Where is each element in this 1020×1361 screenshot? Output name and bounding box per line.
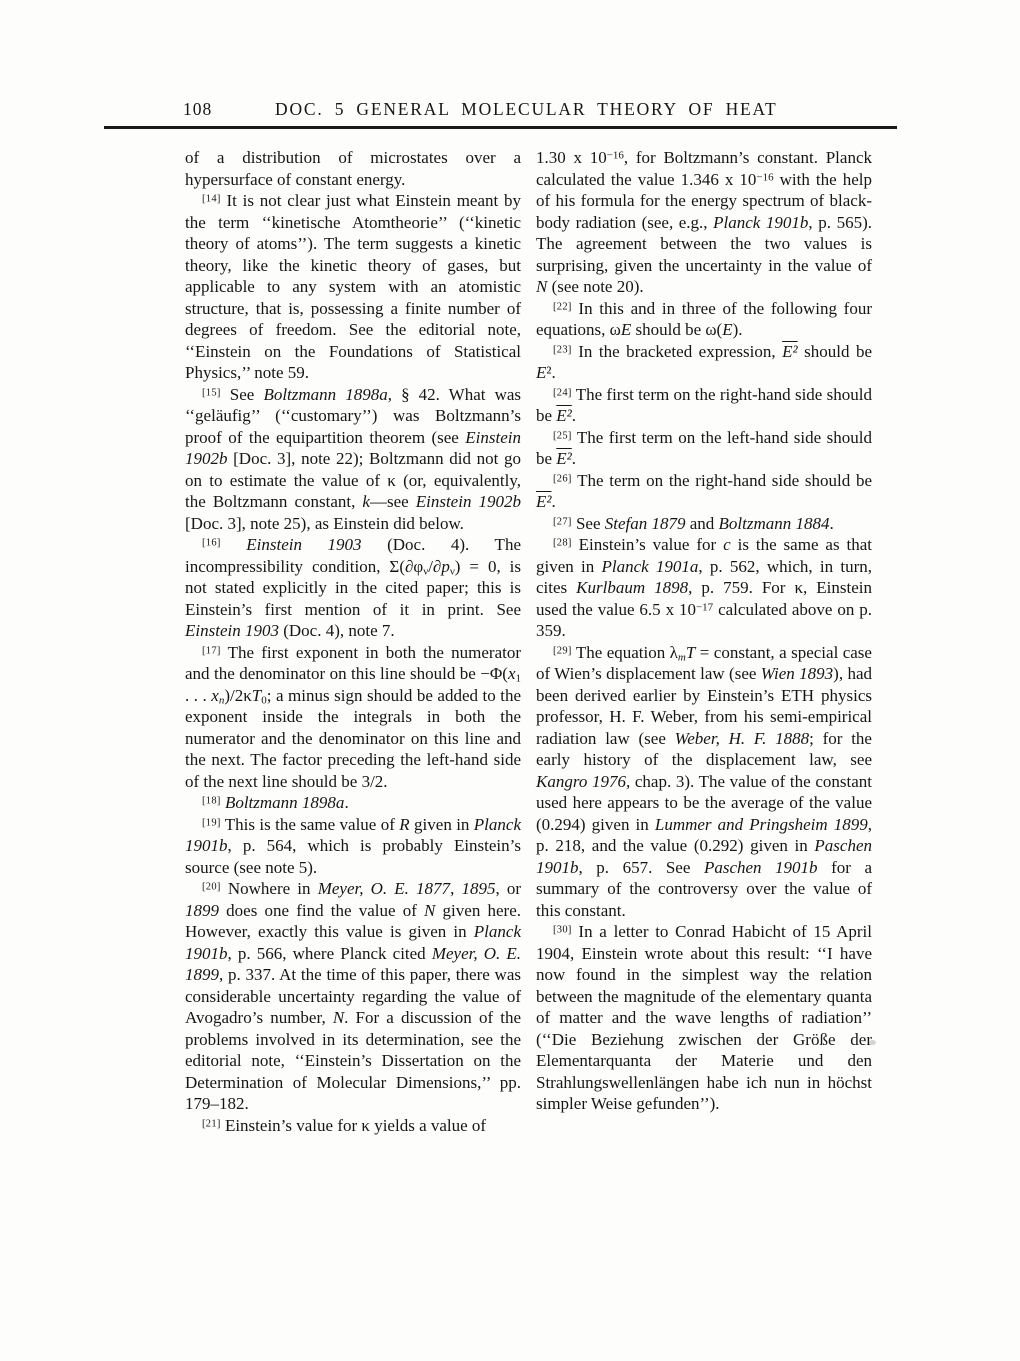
- footnote-marker: [22]: [553, 301, 572, 312]
- right-column: 1.30 x 10−16, for Boltzmann’s constant. …: [536, 147, 872, 1136]
- scan-artifact: [869, 1040, 876, 1045]
- text-run: The equation λ: [576, 643, 678, 662]
- footnote-marker: [19]: [202, 817, 221, 828]
- footnote-16: [16] Einstein 1903 (Doc. 4). The incompr…: [185, 534, 521, 642]
- footnote-marker: [29]: [553, 645, 572, 656]
- text-run: , p. 564, which is probably Einstein’s s…: [185, 836, 525, 877]
- footnote-marker: [17]: [202, 645, 221, 656]
- text-run: Einstein’s value for: [579, 535, 723, 554]
- footnote-marker: [27]: [553, 516, 572, 527]
- text-block: of a distribution of microstates over a …: [185, 147, 872, 1136]
- footnote-20: [20] Nowhere in Meyer, O. E. 1877, 1895,…: [185, 878, 521, 1115]
- text-run: does one find the value of: [219, 901, 424, 920]
- text-run: In a letter to Conrad Habicht of 15 Apri…: [536, 922, 876, 1113]
- footnote-25: [25] The first term on the left-hand sid…: [536, 427, 872, 470]
- text-run: x: [508, 664, 516, 683]
- continuation-paragraph: of a distribution of microstates over a …: [185, 147, 521, 190]
- text-run: See: [576, 514, 605, 533]
- mean-square-symbol: E²: [556, 449, 571, 468]
- footnote-24: [24] The first term on the right-hand si…: [536, 384, 872, 427]
- text-run: .: [830, 514, 834, 533]
- text-run: of a distribution of microstates over a …: [185, 148, 525, 189]
- footnote-marker: [15]: [202, 387, 221, 398]
- footnote-28: [28] Einstein’s value for c is the same …: [536, 534, 872, 642]
- text-run: .: [572, 406, 576, 425]
- page-number: 108: [183, 99, 212, 120]
- text-run: Kurlbaum 1898: [576, 578, 688, 597]
- text-run: The first term on the left-hand side sho…: [536, 428, 876, 469]
- text-run: ².: [546, 363, 555, 382]
- text-run: 1895: [461, 879, 495, 898]
- text-run: (see note 20).: [547, 277, 643, 296]
- text-run: See: [230, 385, 264, 404]
- text-run: The first exponent in both the numerator…: [185, 643, 525, 684]
- text-run: The first term on the right-hand side sh…: [536, 385, 876, 426]
- footnote-23: [23] In the bracketed expression, E² sho…: [536, 341, 872, 384]
- footnote-27: [27] See Stefan 1879 and Boltzmann 1884.: [536, 513, 872, 535]
- text-run: T: [252, 686, 261, 705]
- text-run: and: [686, 514, 719, 533]
- mean-square-symbol: E²: [556, 406, 571, 425]
- text-run: This is the same value of: [225, 815, 400, 834]
- text-run: should be ω(: [631, 320, 722, 339]
- text-run: Einstein 1903: [246, 535, 361, 554]
- text-run: Einstein 1903: [185, 621, 279, 640]
- text-run: Nowhere in: [228, 879, 318, 898]
- text-run: R: [399, 815, 409, 834]
- header-rule: [104, 126, 897, 129]
- mean-square-symbol: E²: [782, 342, 797, 361]
- text-run: .: [551, 492, 555, 511]
- footnote-marker: [21]: [202, 1118, 221, 1129]
- text-run: E: [722, 320, 732, 339]
- footnote-marker: [26]: [553, 473, 572, 484]
- footnote-marker: [23]: [553, 344, 572, 355]
- text-run: N: [424, 901, 435, 920]
- text-run: c: [723, 535, 731, 554]
- text-run: N: [333, 1008, 344, 1027]
- footnote-marker: [28]: [553, 538, 572, 549]
- text-run: Planck 1901a: [601, 557, 698, 576]
- text-run: m: [678, 651, 686, 663]
- footnote-14: [14] It is not clear just what Einstein …: [185, 190, 521, 384]
- footnote-marker: [25]: [553, 430, 572, 441]
- text-run: Boltzmann 1898a: [263, 385, 387, 404]
- text-run: In the bracketed expression,: [578, 342, 782, 361]
- text-run: should be: [798, 342, 877, 361]
- text-run: It is not clear just what Einstein meant…: [185, 191, 525, 382]
- text-run: Wien 1893: [761, 664, 833, 683]
- text-run: p: [441, 557, 450, 576]
- footnote-19: [19] This is the same value of R given i…: [185, 814, 521, 879]
- text-run: Meyer, O. E. 1877: [318, 879, 450, 898]
- footnote-29: [29] The equation λmT = constant, a spec…: [536, 642, 872, 922]
- text-run: Einstein 1902b: [416, 492, 521, 511]
- text-run: , or: [495, 879, 525, 898]
- footnote-21: [21] Einstein’s value for κ yields a val…: [185, 1115, 521, 1137]
- text-run: .: [572, 449, 576, 468]
- text-run: The term on the right-hand side should b…: [577, 471, 876, 490]
- text-run: ).: [733, 320, 743, 339]
- footnote-22: [22] In this and in three of the followi…: [536, 298, 872, 341]
- text-run: Kangro 1976: [536, 772, 626, 791]
- text-run: −17: [696, 601, 713, 613]
- text-run: (Doc. 4), note 7.: [279, 621, 395, 640]
- footnote-30: [30] In a letter to Conrad Habicht of 15…: [536, 921, 872, 1115]
- text-run: 1.30 x 10: [536, 148, 607, 167]
- text-run: E: [536, 363, 546, 382]
- text-run: Paschen 1901b: [704, 858, 818, 877]
- book-page: 108 DOC. 5 GENERAL MOLECULAR THEORY OF H…: [0, 0, 1020, 1361]
- running-title: DOC. 5 GENERAL MOLECULAR THEORY OF HEAT: [275, 99, 778, 120]
- text-run: )/2κ: [224, 686, 251, 705]
- text-run: −16: [607, 150, 624, 162]
- text-run: Stefan 1879: [605, 514, 686, 533]
- text-run: Lummer and Pringsheim 1899: [655, 815, 868, 834]
- footnote-marker: [18]: [202, 796, 221, 807]
- text-run: Boltzmann 1898a: [225, 793, 344, 812]
- text-run: N: [536, 277, 547, 296]
- footnote-marker: [24]: [553, 387, 572, 398]
- text-run: ,: [450, 879, 461, 898]
- text-run: −16: [756, 171, 773, 183]
- text-run: /∂: [428, 557, 441, 576]
- text-run: Boltzmann 1884: [719, 514, 830, 533]
- text-run: Planck 1901b: [713, 213, 808, 232]
- footnote-marker: [30]: [553, 925, 572, 936]
- footnote-17: [17] The first exponent in both the nume…: [185, 642, 521, 793]
- text-run: , p. 657. See: [579, 858, 704, 877]
- text-run: x: [211, 686, 219, 705]
- footnote-26: [26] The term on the right-hand side sho…: [536, 470, 872, 513]
- footnote-marker: [16]: [202, 538, 221, 549]
- footnote-marker: [20]: [202, 882, 221, 893]
- text-run: T: [686, 643, 695, 662]
- text-run: Weber, H. F. 1888: [675, 729, 809, 748]
- footnote-marker: [14]: [202, 194, 221, 205]
- text-run: Einstein’s value for κ yields a value of: [225, 1116, 486, 1135]
- text-run: —see: [370, 492, 416, 511]
- left-column: of a distribution of microstates over a …: [185, 147, 521, 1136]
- footnote-15: [15] See Boltzmann 1898a, § 42. What was…: [185, 384, 521, 535]
- text-run: .: [344, 793, 348, 812]
- text-run: E: [621, 320, 631, 339]
- mean-square-symbol: E²: [536, 492, 551, 511]
- text-run: given in: [410, 815, 474, 834]
- text-run: 1899: [185, 901, 219, 920]
- footnote-18: [18] Boltzmann 1898a.: [185, 792, 521, 814]
- text-run: , p. 566, where Planck cited: [228, 944, 432, 963]
- text-run: k: [362, 492, 370, 511]
- continuation-paragraph: 1.30 x 10−16, for Boltzmann’s constant. …: [536, 147, 872, 298]
